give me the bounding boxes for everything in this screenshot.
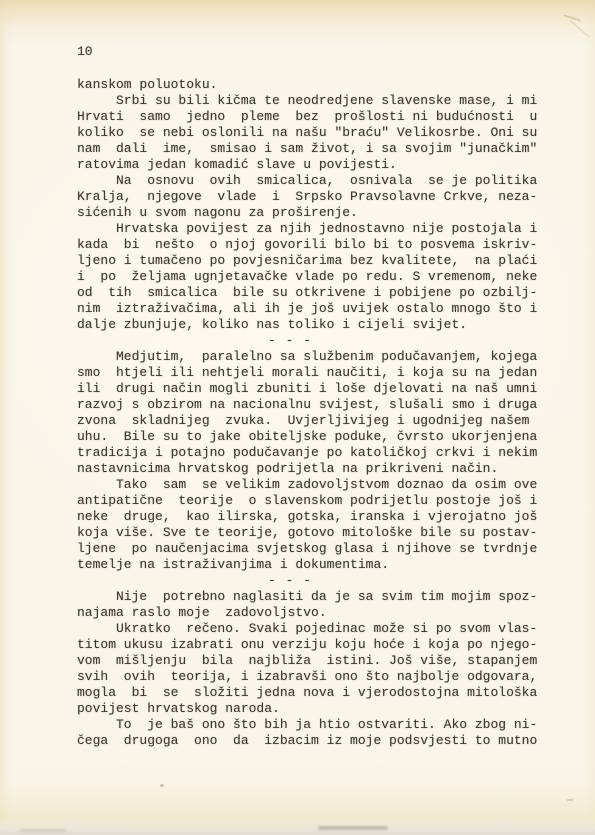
text-line: smo htjeli ili nehtjeli morali naučiti, … bbox=[77, 365, 547, 381]
text-line: Ukratko rečeno. Svaki pojedinac može si … bbox=[77, 621, 547, 637]
text-line: Medjutim, paralelno sa službenim podučav… bbox=[77, 349, 547, 365]
scan-artifact bbox=[20, 829, 66, 832]
text-line: temelje na istraživanjima i dokumentima. bbox=[77, 557, 547, 573]
page-column: 10 kanskom poluotoku. Srbi su bili kičma… bbox=[77, 44, 547, 749]
text-line: zvona skladnijeg zvuka. Uvjerljivijeg i … bbox=[77, 413, 547, 429]
scan-artifact bbox=[160, 784, 164, 787]
scan-artifact bbox=[567, 799, 573, 801]
text-line: nam dali ime, smisao i sam život, i sa s… bbox=[77, 141, 547, 157]
text-line: Tako sam se velikim zadovoljstvom doznao… bbox=[77, 477, 547, 493]
text-line: nastavnicima hrvatskog podrijetla na pri… bbox=[77, 461, 547, 477]
text-line: povijest hrvatskog naroda. bbox=[77, 701, 547, 717]
text-line: kada bi nešto o njoj govorili bilo bi to… bbox=[77, 237, 547, 253]
page-number: 10 bbox=[77, 44, 547, 60]
scanned-page: 10 kanskom poluotoku. Srbi su bili kičma… bbox=[0, 0, 595, 835]
section-divider: - - - bbox=[77, 333, 547, 349]
text-line: tradicija i potajno podučavanje po katol… bbox=[77, 445, 547, 461]
text-line: i po željama ugnjetavačke vlade po redu.… bbox=[77, 269, 547, 285]
scan-artifact bbox=[318, 826, 388, 830]
text-line: vom mišljenju bila najbliža istini. Još … bbox=[77, 653, 547, 669]
text-line: titom ukusu izabrati onu verziju koju ho… bbox=[77, 637, 547, 653]
text-line: Na osnovu ovih smicalica, osnivala se je… bbox=[77, 173, 547, 189]
text-line: dalje zbunjuje, koliko nas toliko i cije… bbox=[77, 317, 547, 333]
text-line: uhu. Bile su to jake obiteljske poduke, … bbox=[77, 429, 547, 445]
text-line: mogla bi se složiti jedna nova i vjerodo… bbox=[77, 685, 547, 701]
text-line: najama raslo moje zadovoljstvo. bbox=[77, 605, 547, 621]
text-line: razvoj s obzirom na nacionalnu svijest, … bbox=[77, 397, 547, 413]
text-line: kanskom poluotoku. bbox=[77, 77, 547, 93]
text-line: svih ovih teorija, i izabravši ono što n… bbox=[77, 669, 547, 685]
section-divider: - - - bbox=[77, 573, 547, 589]
text-line: od tih smicalica bile su otkrivene i pob… bbox=[77, 285, 547, 301]
text-line: Srbi su bili kičma te neodredjene slaven… bbox=[77, 93, 547, 109]
scan-artifact bbox=[569, 20, 590, 38]
text-line: To je baš ono što bih ja htio ostvariti.… bbox=[77, 717, 547, 733]
text-line: Hrvati samo jedno pleme bez prošlosti ni… bbox=[77, 109, 547, 125]
text-line: neke druge, kao ilirska, gotska, iranska… bbox=[77, 509, 547, 525]
text-line: čega drugoga ono da izbacim iz moje pods… bbox=[77, 733, 547, 749]
text-line: nim iztraživačima, ali ih je još uvijek … bbox=[77, 301, 547, 317]
text-line: ljeno i tumačeno po povjesničarima bez k… bbox=[77, 253, 547, 269]
text-line: koliko se nebi oslonili na našu "braću" … bbox=[77, 125, 547, 141]
text-line: ljene po naučenjacima svjetskog glasa i … bbox=[77, 541, 547, 557]
text-line: Hrvatska povijest za njih jednostavno ni… bbox=[77, 221, 547, 237]
text-line: koja više. Sve te teorije, gotovo mitolo… bbox=[77, 525, 547, 541]
text-line: sićenih u svom nagonu za proširenje. bbox=[77, 205, 547, 221]
text-line: Kralja, njegove vlade i Srpsko Pravsolav… bbox=[77, 189, 547, 205]
page-text: kanskom poluotoku. Srbi su bili kičma te… bbox=[77, 77, 547, 749]
text-line: ratovima jedan komadić slave u povijesti… bbox=[77, 157, 547, 173]
text-line: antipatične teorije o slavenskom podrije… bbox=[77, 493, 547, 509]
text-line: Nije potrebno naglasiti da je sa svim ti… bbox=[77, 589, 547, 605]
text-line: ili drugi način mogli zbuniti i loše dje… bbox=[77, 381, 547, 397]
